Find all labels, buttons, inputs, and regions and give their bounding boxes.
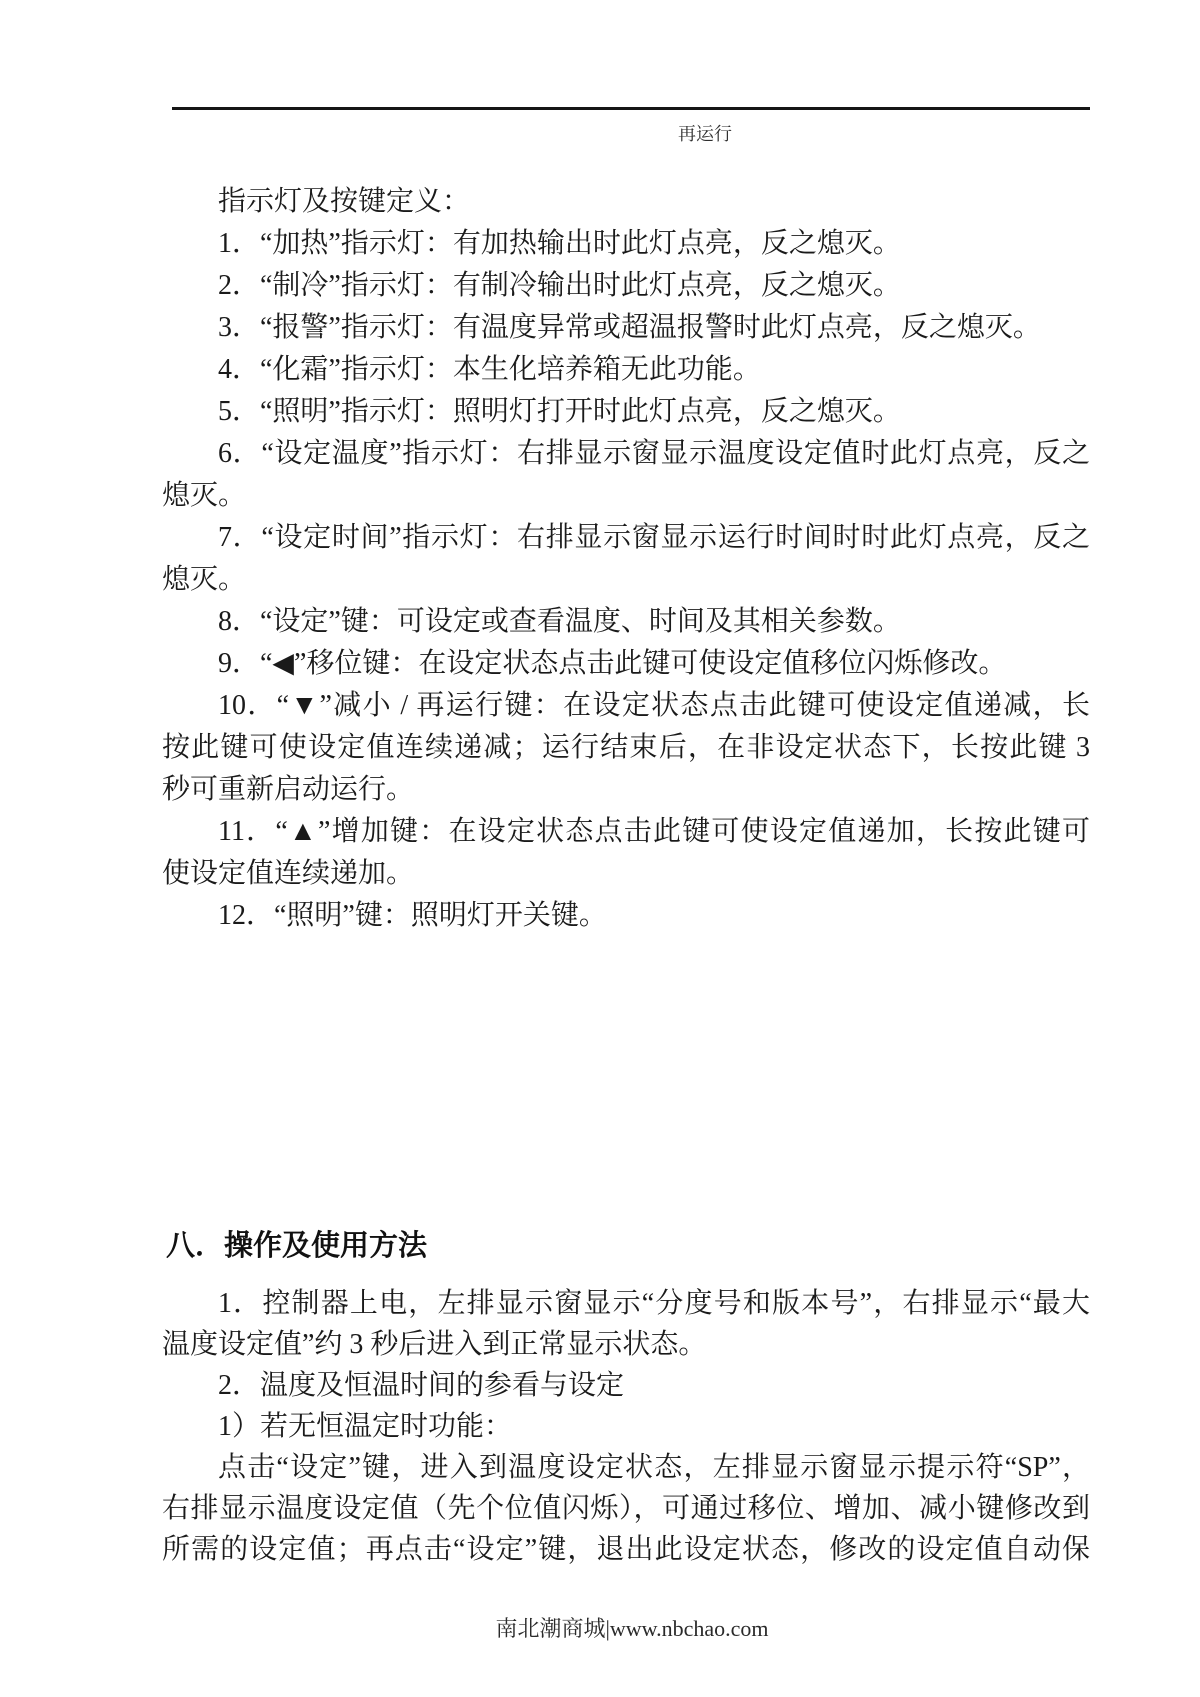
text-line: 2．温度及恒温时间的参看与设定 bbox=[162, 1365, 1090, 1406]
text-line: 按此键可使设定值连续递减；运行结束后，在非设定状态下，长按此键 3 bbox=[162, 727, 1090, 769]
text-line: 所需的设定值；再点击“设定”键，退出此设定状态，修改的设定值自动保 bbox=[162, 1529, 1090, 1570]
text-line: 10．“▼”减小 / 再运行键：在设定状态点击此键可使设定值递减，长 bbox=[162, 685, 1090, 727]
operation-method-section: 1．控制器上电，左排显示窗显示“分度号和版本号”，右排显示“最大 温度设定值”约… bbox=[162, 1283, 1090, 1570]
text-line: 11．“▲”增加键：在设定状态点击此键可使设定值递加，长按此键可 bbox=[162, 811, 1090, 853]
text-line: 5．“照明”指示灯：照明灯打开时此灯点亮，反之熄灭。 bbox=[162, 391, 1090, 433]
text-line: 1．控制器上电，左排显示窗显示“分度号和版本号”，右排显示“最大 bbox=[162, 1283, 1090, 1324]
indicator-definitions-section: 指示灯及按键定义： 1．“加热”指示灯：有加热输出时此灯点亮，反之熄灭。 2．“… bbox=[162, 181, 1090, 937]
text-line: 9．“◀”移位键：在设定状态点击此键可使设定值移位闪烁修改。 bbox=[162, 643, 1090, 685]
text-line: 7．“设定时间”指示灯：右排显示窗显示运行时间时时此灯点亮，反之 bbox=[162, 517, 1090, 559]
text-line: 熄灭。 bbox=[162, 559, 1090, 601]
header-rule bbox=[172, 107, 1090, 110]
running-header-text: 再运行 bbox=[678, 124, 732, 144]
text-line: 6．“设定温度”指示灯：右排显示窗显示温度设定值时此灯点亮，反之 bbox=[162, 433, 1090, 475]
text-line: 秒可重新启动运行。 bbox=[162, 769, 1090, 811]
text-line: 使设定值连续递加。 bbox=[162, 853, 1090, 895]
text-line: 温度设定值”约 3 秒后进入到正常显示状态。 bbox=[162, 1324, 1090, 1365]
text-line: 8．“设定”键：可设定或查看温度、时间及其相关参数。 bbox=[162, 601, 1090, 643]
text-line: 1）若无恒温定时功能： bbox=[162, 1406, 1090, 1447]
text-line: 点击“设定”键，进入到温度设定状态，左排显示窗显示提示符“SP”， bbox=[162, 1447, 1090, 1488]
text-line: 指示灯及按键定义： bbox=[162, 181, 1090, 223]
section-heading: 八．操作及使用方法 bbox=[166, 1228, 1094, 1264]
text-line: 1．“加热”指示灯：有加热输出时此灯点亮，反之熄灭。 bbox=[162, 223, 1090, 265]
text-line: 熄灭。 bbox=[162, 475, 1090, 517]
text-line: 4．“化霜”指示灯：本生化培养箱无此功能。 bbox=[162, 349, 1090, 391]
text-line: 3．“报警”指示灯：有温度异常或超温报警时此灯点亮，反之熄灭。 bbox=[162, 307, 1090, 349]
text-line: 右排显示温度设定值（先个位值闪烁），可通过移位、增加、减小键修改到 bbox=[162, 1488, 1090, 1529]
text-line: 12．“照明”键：照明灯开关键。 bbox=[162, 895, 1090, 937]
document-page: 再运行 指示灯及按键定义： 1．“加热”指示灯：有加热输出时此灯点亮，反之熄灭。… bbox=[0, 0, 1200, 1697]
text-line: 2．“制冷”指示灯：有制冷输出时此灯点亮，反之熄灭。 bbox=[162, 265, 1090, 307]
footer-watermark: 南北潮商城|www.nbchao.com bbox=[162, 1615, 1102, 1643]
